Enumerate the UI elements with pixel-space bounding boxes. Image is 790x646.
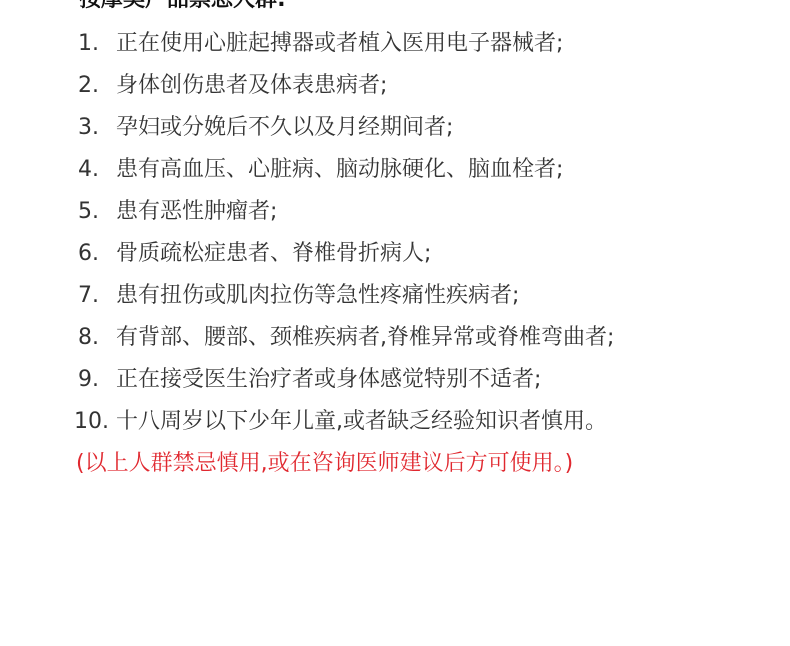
item-text: 患有恶性肿瘤者;: [116, 194, 277, 236]
contraindication-list: 1. 正在使用心脏起搏器或者植入医用电子器械者; 2. 身体创伤患者及体表患病者…: [78, 26, 614, 446]
list-item: 9. 正在接受医生治疗者或身体感觉特别不适者;: [78, 362, 614, 404]
item-number: 6.: [78, 236, 116, 278]
item-text: 正在使用心脏起搏器或者植入医用电子器械者;: [116, 26, 563, 68]
page-title: 按摩类产品禁忌人群:: [79, 0, 286, 14]
list-item: 5. 患有恶性肿瘤者;: [78, 194, 614, 236]
list-item: 10. 十八周岁以下少年儿童,或者缺乏经验知识者慎用。: [78, 404, 614, 446]
list-item: 8. 有背部、腰部、颈椎疾病者,脊椎异常或脊椎弯曲者;: [78, 320, 614, 362]
item-text: 患有高血压、心脏病、脑动脉硬化、脑血栓者;: [116, 152, 563, 194]
item-number: 7.: [78, 278, 116, 320]
item-text: 十八周岁以下少年儿童,或者缺乏经验知识者慎用。: [116, 404, 607, 446]
item-number: 5.: [78, 194, 116, 236]
list-item: 1. 正在使用心脏起搏器或者植入医用电子器械者;: [78, 26, 614, 68]
item-text: 患有扭伤或肌肉拉伤等急性疼痛性疾病者;: [116, 278, 519, 320]
item-text: 骨质疏松症患者、脊椎骨折病人;: [116, 236, 431, 278]
item-number: 10.: [74, 404, 112, 446]
item-number: 8.: [78, 320, 116, 362]
item-text: 正在接受医生治疗者或身体感觉特别不适者;: [116, 362, 541, 404]
item-number: 4.: [78, 152, 116, 194]
list-item: 4. 患有高血压、心脏病、脑动脉硬化、脑血栓者;: [78, 152, 614, 194]
item-number: 1.: [78, 26, 116, 68]
item-number: 3.: [78, 110, 116, 152]
list-item: 6. 骨质疏松症患者、脊椎骨折病人;: [78, 236, 614, 278]
item-text: 孕妇或分娩后不久以及月经期间者;: [116, 110, 453, 152]
item-number: 9.: [78, 362, 116, 404]
list-item: 3. 孕妇或分娩后不久以及月经期间者;: [78, 110, 614, 152]
item-text: 身体创伤患者及体表患病者;: [116, 68, 387, 110]
item-number: 2.: [78, 68, 116, 110]
list-item: 7. 患有扭伤或肌肉拉伤等急性疼痛性疾病者;: [78, 278, 614, 320]
item-text: 有背部、腰部、颈椎疾病者,脊椎异常或脊椎弯曲者;: [116, 320, 614, 362]
warning-note: (以上人群禁忌慎用,或在咨询医师建议后方可使用。): [76, 446, 573, 482]
list-item: 2. 身体创伤患者及体表患病者;: [78, 68, 614, 110]
